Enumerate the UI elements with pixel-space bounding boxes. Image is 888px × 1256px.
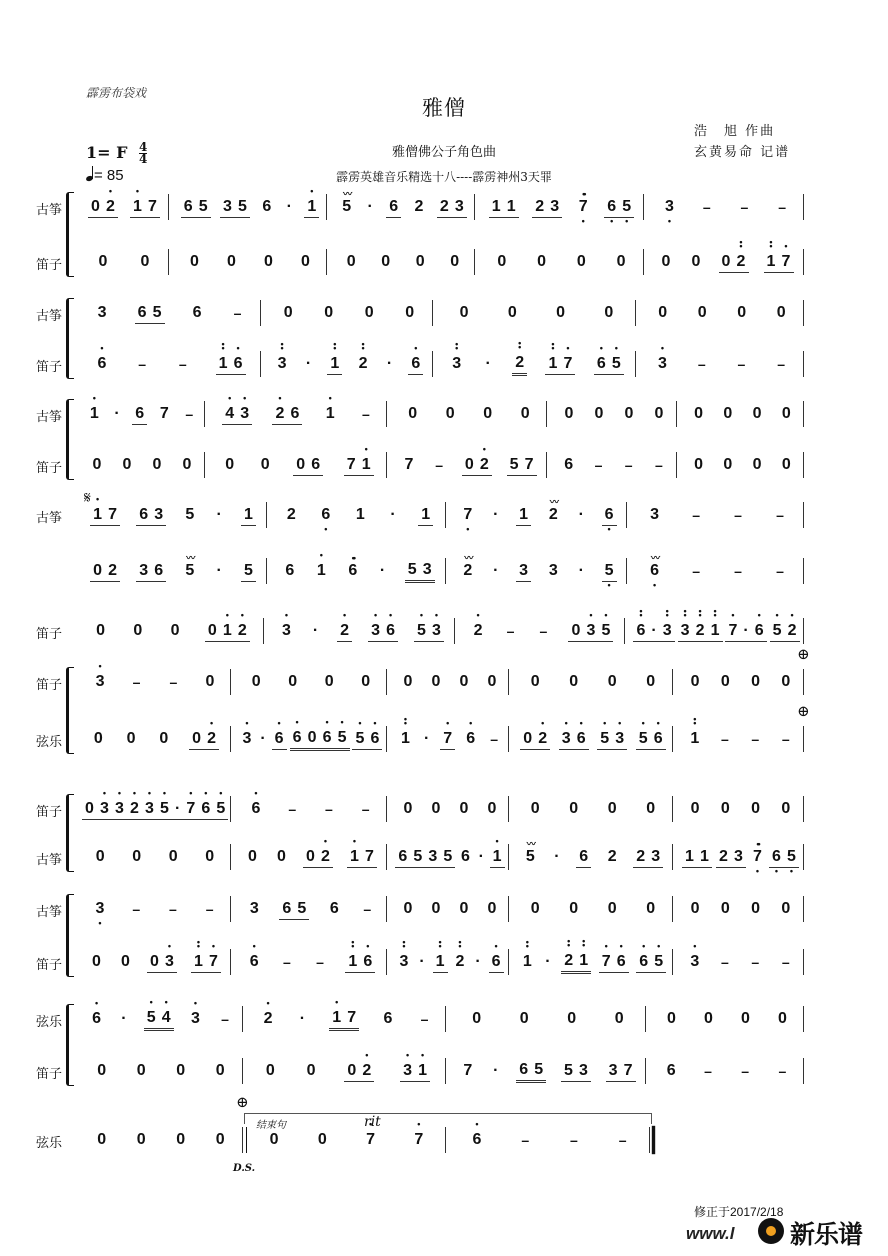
note: 0	[344, 252, 359, 272]
note: 1	[353, 505, 368, 525]
note: 1•	[329, 1008, 344, 1028]
note: 6	[386, 197, 401, 217]
note: 3••	[660, 621, 675, 641]
note: 0	[378, 252, 393, 272]
note: 2•	[785, 621, 800, 641]
beam-group: 23	[437, 197, 467, 218]
note: 0	[138, 252, 153, 272]
note: 5	[196, 197, 211, 217]
system-bracket	[66, 298, 74, 379]
barline	[672, 726, 673, 752]
note: 0	[605, 799, 620, 819]
measure: 0000	[82, 842, 228, 872]
barline	[672, 796, 673, 822]
mordent-icon: 〰	[546, 492, 561, 512]
note: 0	[249, 672, 264, 692]
measure: 0000	[176, 247, 324, 277]
site-url[interactable]: www.l	[686, 1224, 735, 1244]
beam-group: 1•	[304, 197, 319, 218]
barline	[645, 1058, 646, 1084]
note: 5•	[784, 847, 799, 867]
note: 3•	[368, 621, 383, 641]
barline	[230, 796, 231, 822]
dash: –	[774, 199, 790, 215]
beam-group: 4•3•	[222, 404, 252, 425]
note: 0	[718, 799, 733, 819]
note: 6•	[367, 729, 382, 749]
barline	[260, 351, 261, 377]
barline	[168, 194, 169, 220]
dash: –	[284, 801, 300, 817]
note: 0	[89, 952, 104, 972]
note: 0	[485, 799, 500, 819]
staff-row: 笛子6•––1••6•3••·1••2••·6•3••·2••1••7•6•5•…	[0, 349, 888, 379]
note: 1	[504, 197, 519, 217]
note: 0	[173, 1130, 188, 1150]
note: 0	[168, 621, 183, 641]
note: 0	[147, 952, 162, 972]
beam-group: 2•6	[272, 404, 302, 425]
note: 1••	[687, 729, 702, 749]
note: 0	[462, 455, 477, 475]
dash: –	[358, 801, 374, 817]
system-bracket	[66, 399, 74, 480]
note: 6	[327, 899, 342, 919]
barline	[546, 401, 547, 427]
measure: 1••·7•6•–	[394, 724, 506, 754]
trill-icon: ••	[576, 184, 591, 204]
note: 0	[528, 799, 543, 819]
note: 3	[136, 561, 151, 581]
note: 7•	[725, 621, 740, 641]
measure: 3656–	[238, 894, 384, 924]
note: 2•	[471, 621, 486, 641]
note: 0	[189, 729, 204, 749]
note: 2•	[127, 799, 142, 819]
note: 0	[775, 1009, 790, 1029]
time-signature: 44	[139, 142, 147, 165]
note: 5〰	[523, 847, 538, 867]
dash: –	[772, 563, 788, 579]
beam-group: 2••	[512, 353, 527, 376]
barline	[242, 1127, 243, 1153]
note: 0	[605, 672, 620, 692]
measure: 61•6••·53	[274, 556, 443, 586]
note: 1•	[304, 197, 319, 217]
note: 6•	[614, 952, 629, 972]
note: 0	[405, 404, 420, 424]
barline	[386, 844, 387, 870]
staff-row: 笛子00000002•3•1•7·6553376–––	[0, 1056, 888, 1086]
note: 0	[719, 252, 734, 272]
beam-group: 1•7	[347, 847, 377, 868]
note: 2•	[272, 404, 287, 424]
note: 0	[566, 899, 581, 919]
note: 7•	[183, 799, 198, 819]
beam-group: 35	[220, 197, 250, 218]
measure: 4•3•2•61•–	[212, 399, 384, 429]
measure: 3•–––	[643, 349, 801, 379]
note: 3	[95, 303, 110, 323]
note: 6•	[248, 799, 263, 819]
note: 5〰	[339, 197, 354, 217]
augmentation-dot: ·	[377, 562, 388, 580]
beam-group: 6•	[602, 505, 617, 526]
barline	[454, 618, 455, 644]
beam-group: 1••7•	[545, 354, 575, 375]
note: 0	[734, 303, 749, 323]
note: 0	[614, 252, 629, 272]
note: 0	[622, 404, 637, 424]
note: 2••	[512, 353, 527, 373]
ending-label: 结束句	[256, 1116, 286, 1131]
note: 6	[136, 505, 151, 525]
measure: 3••·2••1••7•6•5•	[440, 349, 633, 379]
dash: –	[737, 199, 753, 215]
note: 5	[294, 899, 309, 919]
note: 6	[181, 197, 196, 217]
measure: 0000	[680, 894, 801, 924]
note: 5	[235, 197, 250, 217]
note: 0	[720, 455, 735, 475]
note: 5•	[213, 799, 228, 819]
note: 2••	[734, 252, 749, 272]
beam-group: 02•	[462, 455, 492, 476]
note: 0	[245, 847, 260, 867]
note: 0	[779, 404, 794, 424]
beam-group: 1•7	[130, 197, 160, 218]
measure: 0000	[680, 667, 801, 697]
note: 0	[322, 672, 337, 692]
note: 1••	[764, 252, 779, 272]
beam-group: 6•5•	[594, 354, 624, 375]
barline	[803, 401, 804, 427]
measure: 0000	[516, 667, 670, 697]
beam-group: 65	[135, 303, 165, 324]
dash: –	[737, 1063, 753, 1079]
measure: 1••·2••1••7•6•6•5•	[516, 947, 670, 977]
note: 0	[520, 729, 535, 749]
augmentation-dot: ·	[421, 730, 432, 748]
beam-group: 02	[90, 561, 120, 582]
note: 0	[695, 303, 710, 323]
note: 0	[469, 1009, 484, 1029]
note: 1	[489, 197, 504, 217]
coda-icon: ⊕	[797, 645, 810, 663]
barline	[803, 726, 804, 752]
note: 6•	[89, 1009, 104, 1029]
note: 1••	[433, 952, 448, 972]
note: 3•	[687, 952, 702, 972]
dash: –	[688, 507, 704, 523]
note: 1••	[345, 952, 360, 972]
note: 0	[263, 1061, 278, 1081]
beam-group: 02•	[189, 729, 219, 750]
beam-group: 23	[716, 847, 746, 868]
note: 5	[150, 303, 165, 323]
augmentation-dot: ·	[476, 848, 487, 866]
note: 7•	[460, 505, 475, 525]
note: 1•	[359, 455, 374, 475]
note: 2	[411, 197, 426, 217]
barline	[204, 452, 205, 478]
note: 0	[457, 799, 472, 819]
measure: 0000	[440, 298, 633, 328]
measure: 7•·12〰·6•	[453, 500, 624, 530]
augmentation-dot: ·	[284, 198, 295, 216]
barline	[230, 726, 231, 752]
note: 3	[220, 197, 235, 217]
note: 0	[120, 455, 135, 475]
note: 1•	[220, 621, 235, 641]
barline	[263, 618, 264, 644]
measure: 3•–––	[680, 947, 801, 977]
note: 0	[358, 672, 373, 692]
beam-group: 5•	[602, 561, 617, 582]
barline	[386, 796, 387, 822]
note: 6	[516, 1060, 531, 1080]
staff-row: 弦乐0000007•7•6•–––	[0, 1125, 888, 1155]
note: 1	[682, 847, 697, 867]
note: 6•	[94, 354, 109, 374]
note: 0	[562, 404, 577, 424]
note: 0	[213, 1130, 228, 1150]
note: 6•	[231, 354, 246, 374]
barline	[643, 194, 644, 220]
barline	[803, 351, 804, 377]
note: 7	[157, 404, 172, 424]
instrument-label: 笛子	[36, 356, 62, 375]
measure: 1••–––	[680, 724, 801, 754]
measure: 02•3•6•5•3•5•6•	[516, 724, 670, 754]
note: 1••	[398, 729, 413, 749]
note: 6••	[345, 561, 360, 581]
dash: –	[181, 406, 197, 422]
beam-group: 6•	[408, 354, 423, 375]
instrument-label: 笛子	[36, 954, 62, 973]
measure: 2〰·33·5•	[453, 556, 624, 586]
barline	[508, 669, 509, 695]
tempo-marking: = 85	[86, 167, 124, 184]
note: 5	[531, 1060, 546, 1080]
note: 3•	[97, 799, 112, 819]
measure: 0000	[238, 667, 384, 697]
note: 0	[568, 621, 583, 641]
note: 0	[778, 799, 793, 819]
note: 0	[528, 672, 543, 692]
augmentation-dot: ·	[576, 562, 587, 580]
beam-group: 65	[181, 197, 211, 218]
barline	[445, 1127, 446, 1153]
barline	[230, 896, 231, 922]
note: 7	[344, 1008, 359, 1028]
system-bracket	[66, 1004, 74, 1086]
barline	[474, 249, 475, 275]
dash: –	[773, 356, 789, 372]
note: 5•	[597, 729, 612, 749]
note: 5	[241, 561, 256, 581]
beam-group: 5•3•	[597, 729, 627, 750]
beam-group: 3•6•	[368, 621, 398, 642]
dash: –	[165, 901, 181, 917]
beam-group: 65	[279, 899, 309, 920]
barline	[508, 949, 509, 975]
note: 0	[518, 404, 533, 424]
barline	[266, 558, 267, 584]
note: 6	[190, 303, 205, 323]
measure: 0000	[453, 1004, 643, 1034]
note: 2	[437, 197, 452, 217]
barline	[508, 896, 509, 922]
note: 2	[532, 197, 547, 217]
note: 0	[652, 404, 667, 424]
note: 2••	[452, 952, 467, 972]
note: 0	[130, 621, 145, 641]
note: 0	[748, 799, 763, 819]
measure: 0000	[394, 399, 544, 429]
beam-group: 36	[136, 561, 166, 582]
note: 0	[94, 1130, 109, 1150]
note: 6	[380, 1009, 395, 1029]
note: 5	[405, 560, 420, 580]
note: 0	[401, 899, 416, 919]
song-title: 雅僧	[0, 92, 888, 122]
dash: –	[688, 563, 704, 579]
beam-group: 6	[386, 197, 401, 218]
barline	[386, 452, 387, 478]
barline	[445, 1006, 446, 1032]
staff-row: 笛子03•3•2•3•5•·7•6•5•6•–––000000000000	[0, 794, 888, 824]
note: 0	[505, 303, 520, 323]
measure: 6–––	[554, 450, 674, 480]
staff-row: 02365〰·561•6••·532〰·33·5•6•〰–––	[0, 556, 888, 586]
barline	[386, 896, 387, 922]
note: 0	[224, 252, 239, 272]
note: 0	[447, 252, 462, 272]
note: 0	[315, 1130, 330, 1150]
dash: –	[417, 1011, 433, 1027]
barline	[803, 844, 804, 870]
note: 0	[429, 799, 444, 819]
measure: 6•––1••6•	[238, 947, 384, 977]
note: 3	[247, 899, 262, 919]
beam-group: 7•6•	[599, 952, 629, 973]
note: 0	[601, 303, 616, 323]
measure: 3••·1••2••·6•	[268, 349, 430, 379]
note: 6•	[469, 1130, 484, 1150]
measure: 6•〰–––	[634, 556, 801, 586]
instrument-label: 笛子	[36, 801, 62, 820]
note: 7•	[363, 1130, 378, 1150]
composer: 浩 旭 作曲	[694, 121, 790, 142]
barline	[204, 401, 205, 427]
note: 0	[261, 252, 276, 272]
mordent-icon: 〰	[460, 548, 475, 568]
barline	[803, 249, 804, 275]
system-bracket	[66, 667, 74, 754]
note: 7•	[206, 952, 221, 972]
note: 0	[90, 561, 105, 581]
measure: 2•·1•76–	[250, 1004, 443, 1034]
measure: 0002•3•1•	[250, 1056, 443, 1086]
note: 7	[145, 197, 160, 217]
note: 0	[774, 303, 789, 323]
dash: –	[431, 457, 447, 473]
site-logo[interactable]: 新乐谱	[790, 1215, 862, 1251]
measure: 0000	[684, 450, 801, 480]
note: 6•	[408, 354, 423, 374]
note: 6	[308, 455, 323, 475]
mordent-icon: 〰	[182, 548, 197, 568]
note: 5•	[335, 728, 350, 748]
barline	[803, 502, 804, 528]
beam-group: 3•1•	[400, 1061, 430, 1082]
note: 0	[778, 899, 793, 919]
beam-group: 1••7•	[764, 252, 794, 273]
measure: 65356·1•	[176, 192, 324, 222]
note: 6•	[247, 952, 262, 972]
note: 3••	[678, 621, 693, 641]
instrument-label: 笛子	[36, 457, 62, 476]
augmentation-dot: ·	[213, 562, 224, 580]
note: 4•	[222, 404, 237, 424]
note: 0	[691, 404, 706, 424]
augmentation-dot: ·	[740, 622, 751, 640]
note: 2•	[261, 1009, 276, 1029]
note: 6	[135, 303, 150, 323]
augmentation-dot: ·	[310, 622, 321, 640]
dash: –	[717, 731, 733, 747]
measure: 26•1·1	[274, 500, 443, 530]
note: 6•	[198, 799, 213, 819]
note: 4•	[159, 1008, 174, 1028]
augmentation-dot: ·	[551, 848, 562, 866]
note: 0	[274, 847, 289, 867]
beam-group: 3•2•3•	[112, 799, 157, 820]
note: 0	[303, 847, 318, 867]
note: 5•	[602, 561, 617, 581]
dash: –	[129, 674, 145, 690]
augmentation-dot: ·	[416, 953, 427, 971]
instrument-label: 笛子	[36, 674, 62, 693]
staff-row: 古筝3•–––3656–000000000000	[0, 894, 888, 924]
note: 0	[659, 252, 674, 272]
trill-icon: ••	[345, 548, 360, 568]
augmentation-dot: ·	[542, 953, 553, 971]
measure: 65356·1•	[394, 842, 506, 872]
augmentation-dot: ·	[213, 506, 224, 524]
dash: –	[730, 507, 746, 523]
note: 0	[93, 621, 108, 641]
dash: –	[621, 457, 637, 473]
note: 5•	[352, 729, 367, 749]
beam-group: 6•	[272, 729, 287, 750]
note: 0	[643, 672, 658, 692]
barline	[803, 1006, 804, 1032]
note: 1•	[87, 404, 102, 424]
beam-group: 02••	[719, 252, 749, 273]
measure: 6•––1••6•	[82, 349, 258, 379]
note: 1•	[347, 847, 362, 867]
beam-group: 2••1••	[561, 951, 591, 974]
note: 3•	[188, 1009, 203, 1029]
augmentation-dot: ·	[111, 405, 122, 423]
beam-group: 6•5•	[604, 197, 634, 218]
barline	[803, 194, 804, 220]
note: 2•	[359, 1061, 374, 1081]
dash: –	[747, 954, 763, 970]
note: 6	[458, 847, 473, 867]
